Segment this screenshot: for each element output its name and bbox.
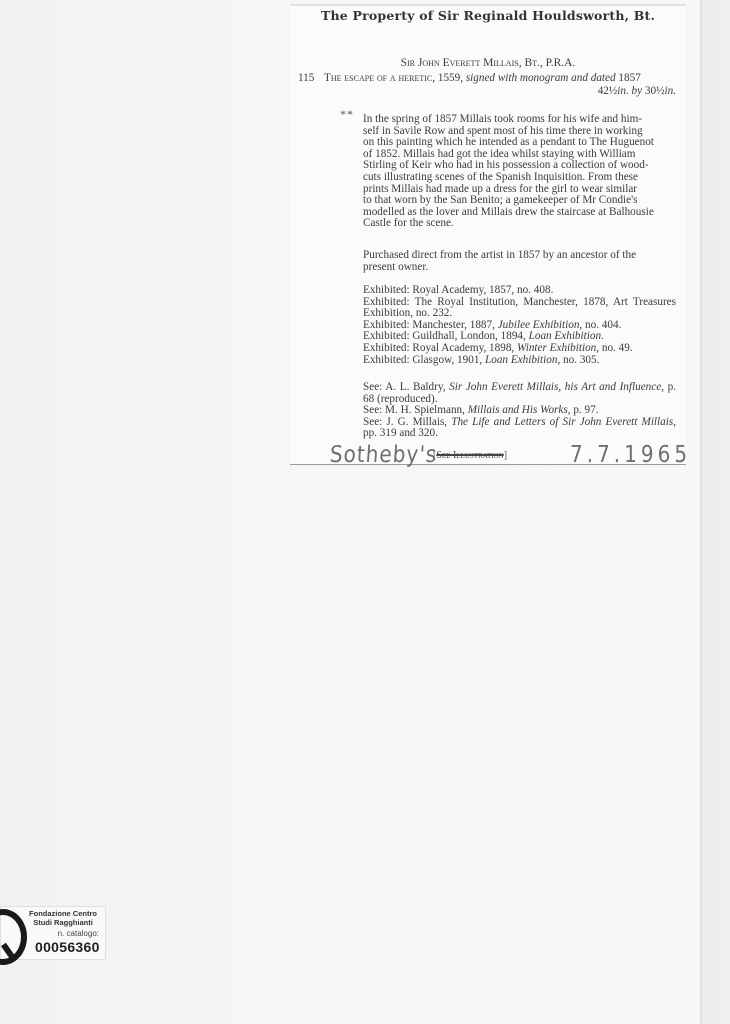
signature-note: signed with monogram and dated [466, 72, 616, 84]
archive-stamp: Fondazione Centro Studi Ragghianti n. ca… [0, 906, 106, 960]
handwritten-date: 7.7.1965 [570, 440, 691, 468]
lot-title: The escape of a heretic [324, 72, 432, 84]
lot-dimensions: 42½in. by 30½in. [298, 85, 676, 98]
stamp-organization: Fondazione Centro Studi Ragghianti [25, 909, 101, 927]
exhibited-list: Exhibited: Royal Academy, 1857, no. 408.… [363, 285, 676, 366]
see-illustration-note: [See Illustration] [433, 450, 507, 461]
note-paragraph: In the spring of 1857 Millais took rooms… [363, 114, 676, 230]
handwritten-source: Sotheby's [329, 440, 438, 468]
provenance-paragraph: Purchased direct from the artist in 1857… [363, 250, 676, 273]
provenance-header: The Property of Sir Reginald Houldsworth… [290, 8, 686, 23]
literature-list: See: A. L. Baldry, Sir John Everett Mill… [363, 382, 676, 440]
literature-item: See: J. G. Millais, The Life and Letters… [363, 417, 676, 440]
exhibited-item: Exhibited: The Royal Institution, Manche… [363, 297, 676, 320]
catalog-number: 00056360 [35, 939, 100, 955]
annotation-row: Sotheby's [See Illustration] 7.7.1965 [330, 442, 676, 466]
literature-item: See: A. L. Baldry, Sir John Everett Mill… [363, 382, 676, 405]
artist-name: Sir John Everett Millais, Bt., P.R.A. [290, 57, 686, 69]
catalog-label: n. catalogo: [58, 929, 99, 938]
scanner-edge [700, 0, 730, 1024]
catalogue-clipping: The Property of Sir Reginald Houldsworth… [290, 4, 686, 465]
lot-dated: 1857 [618, 72, 640, 84]
lot-number: 115 [298, 72, 324, 85]
exhibited-item: Exhibited: Glasgow, 1901, Loan Exhibitio… [363, 355, 676, 367]
asterisk-marker: ** [340, 110, 354, 118]
lot-year: 1559 [438, 72, 460, 84]
lot-entry: 115The escape of a heretic, 1559, signed… [298, 72, 676, 98]
